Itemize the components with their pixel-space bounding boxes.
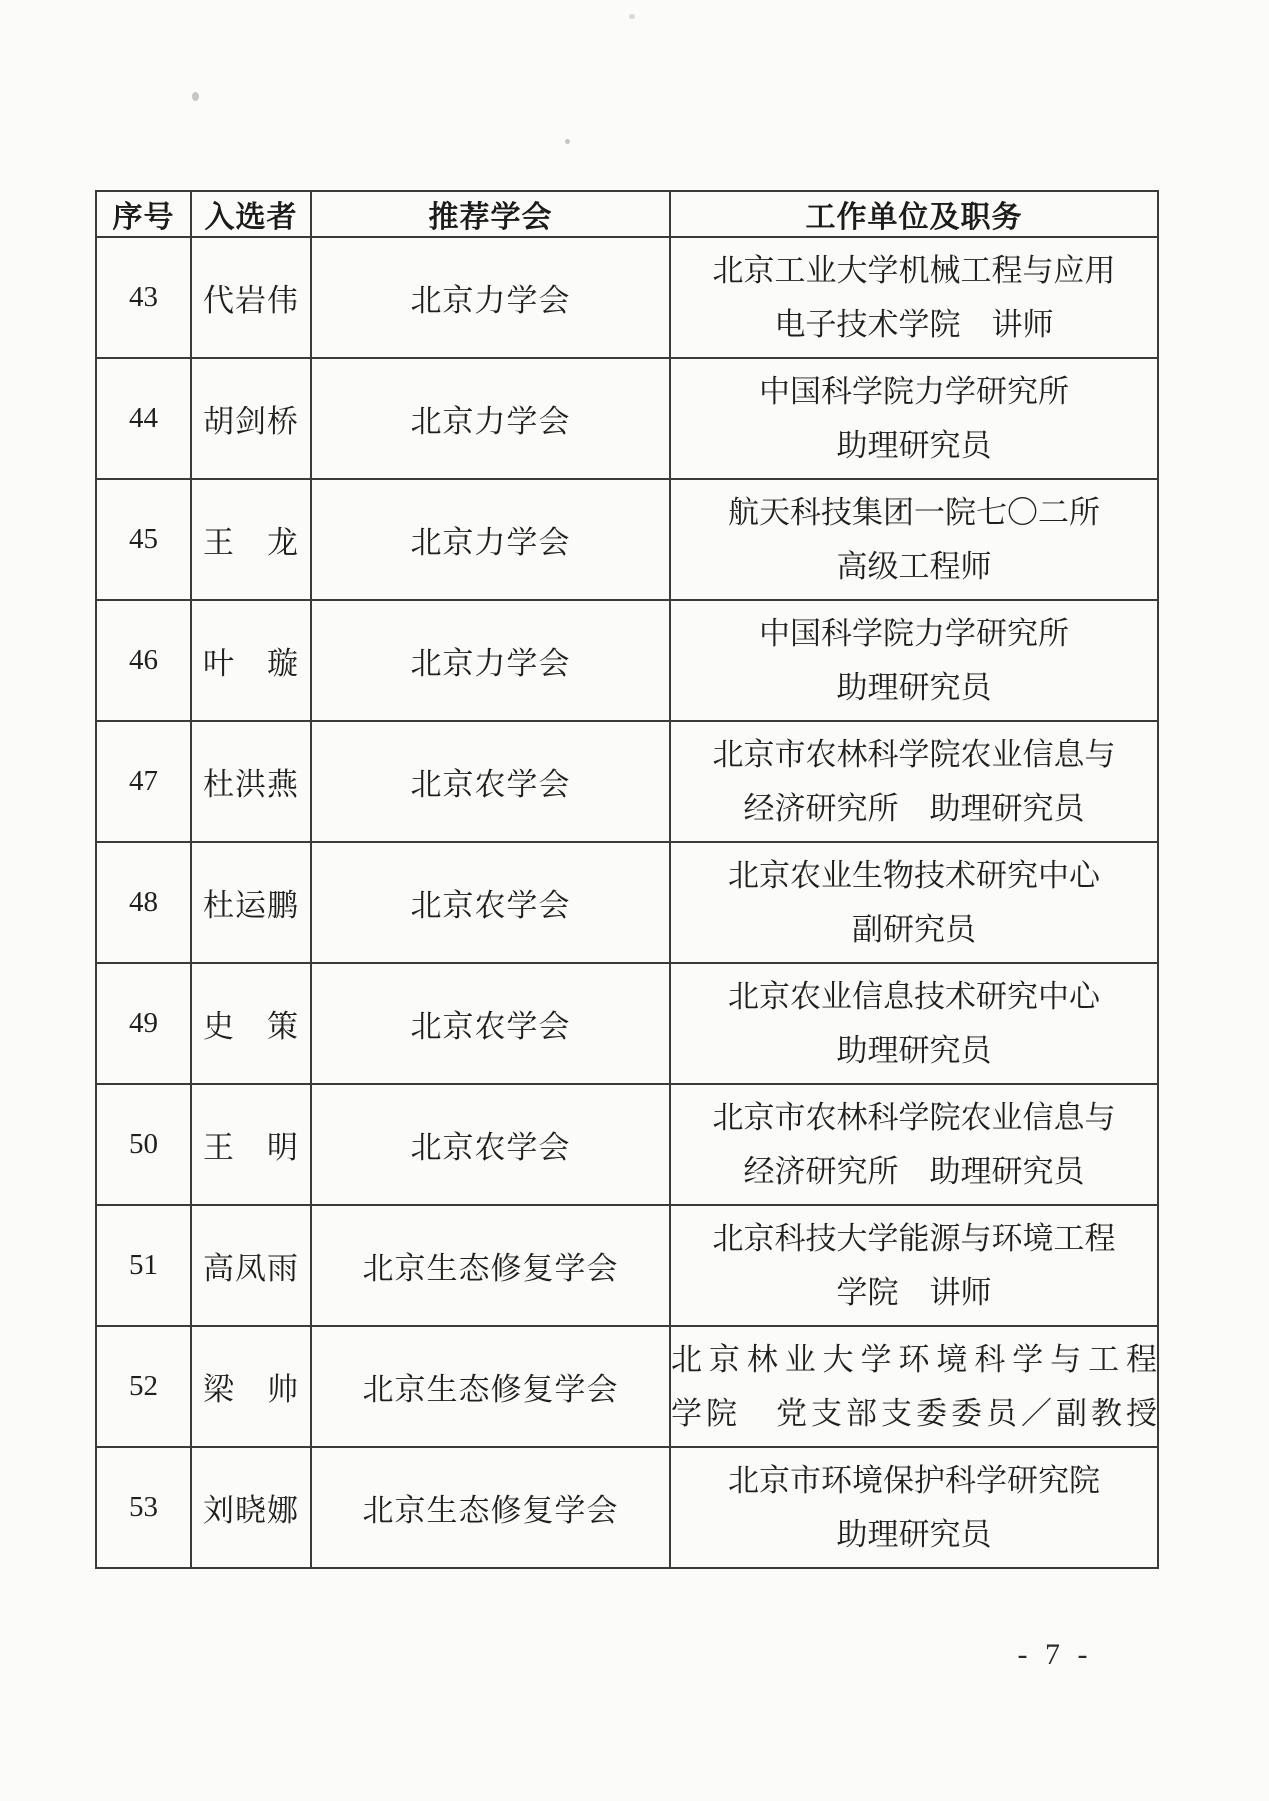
table-row: 43 代岩伟 北京力学会 北京工业大学机械工程与应用 电子技术学院 讲师: [96, 237, 1158, 358]
cell-no: 43: [96, 237, 191, 358]
cell-unit: 北京林业大学环境科学与工程 学院 党支部支委委员／副教授: [670, 1326, 1158, 1447]
table-row: 53 刘晓娜 北京生态修复学会 北京市环境保护科学研究院 助理研究员: [96, 1447, 1158, 1568]
unit-line2: 助理研究员: [671, 1508, 1157, 1562]
unit-line1: 北京市农林科学院农业信息与: [671, 1091, 1157, 1145]
unit-line2: 高级工程师: [671, 540, 1157, 594]
unit-line1: 中国科学院力学研究所: [671, 607, 1157, 661]
cell-no: 44: [96, 358, 191, 479]
cell-unit: 北京市农林科学院农业信息与 经济研究所 助理研究员: [670, 1084, 1158, 1205]
unit-line2: 电子技术学院 讲师: [671, 298, 1157, 352]
cell-unit: 北京市环境保护科学研究院 助理研究员: [670, 1447, 1158, 1568]
unit-line1: 北京市农林科学院农业信息与: [671, 728, 1157, 782]
table-row: 52 梁 帅 北京生态修复学会 北京林业大学环境科学与工程 学院 党支部支委委员…: [96, 1326, 1158, 1447]
selection-table: 序号 入选者 推荐学会 工作单位及职务 43 代岩伟 北京力学会 北京工业大学机…: [95, 190, 1159, 1569]
table-row: 44 胡剑桥 北京力学会 中国科学院力学研究所 助理研究员: [96, 358, 1158, 479]
col-header-name: 入选者: [191, 191, 311, 237]
cell-unit: 北京农业信息技术研究中心 助理研究员: [670, 963, 1158, 1084]
table-row: 48 杜运鹏 北京农学会 北京农业生物技术研究中心 副研究员: [96, 842, 1158, 963]
table-row: 50 王 明 北京农学会 北京市农林科学院农业信息与 经济研究所 助理研究员: [96, 1084, 1158, 1205]
unit-line1: 航天科技集团一院七〇二所: [671, 486, 1157, 540]
cell-society: 北京农学会: [311, 721, 670, 842]
scan-speckle: [629, 14, 635, 19]
cell-society: 北京农学会: [311, 1084, 670, 1205]
table-row: 46 叶 璇 北京力学会 中国科学院力学研究所 助理研究员: [96, 600, 1158, 721]
table-row: 51 高凤雨 北京生态修复学会 北京科技大学能源与环境工程 学院 讲师: [96, 1205, 1158, 1326]
cell-name: 高凤雨: [191, 1205, 311, 1326]
cell-unit: 航天科技集团一院七〇二所 高级工程师: [670, 479, 1158, 600]
cell-society: 北京力学会: [311, 479, 670, 600]
col-header-unit: 工作单位及职务: [670, 191, 1158, 237]
cell-no: 48: [96, 842, 191, 963]
cell-no: 51: [96, 1205, 191, 1326]
unit-line1: 北京工业大学机械工程与应用: [671, 244, 1157, 298]
col-header-no: 序号: [96, 191, 191, 237]
cell-unit: 中国科学院力学研究所 助理研究员: [670, 600, 1158, 721]
cell-society: 北京力学会: [311, 237, 670, 358]
document-page: 序号 入选者 推荐学会 工作单位及职务 43 代岩伟 北京力学会 北京工业大学机…: [0, 0, 1269, 1801]
cell-name: 胡剑桥: [191, 358, 311, 479]
table-row: 45 王 龙 北京力学会 航天科技集团一院七〇二所 高级工程师: [96, 479, 1158, 600]
table-row: 49 史 策 北京农学会 北京农业信息技术研究中心 助理研究员: [96, 963, 1158, 1084]
page-number: - 7 -: [1000, 1638, 1110, 1672]
cell-name: 叶 璇: [191, 600, 311, 721]
cell-society: 北京农学会: [311, 963, 670, 1084]
cell-name: 王 明: [191, 1084, 311, 1205]
cell-society: 北京生态修复学会: [311, 1326, 670, 1447]
cell-no: 45: [96, 479, 191, 600]
unit-line2: 助理研究员: [671, 419, 1157, 473]
cell-society: 北京生态修复学会: [311, 1205, 670, 1326]
cell-name: 杜洪燕: [191, 721, 311, 842]
cell-no: 47: [96, 721, 191, 842]
col-header-society: 推荐学会: [311, 191, 670, 237]
cell-unit: 北京市农林科学院农业信息与 经济研究所 助理研究员: [670, 721, 1158, 842]
cell-society: 北京力学会: [311, 600, 670, 721]
cell-society: 北京力学会: [311, 358, 670, 479]
cell-name: 史 策: [191, 963, 311, 1084]
cell-no: 50: [96, 1084, 191, 1205]
unit-line1: 北京农业生物技术研究中心: [671, 849, 1157, 903]
cell-unit: 北京农业生物技术研究中心 副研究员: [670, 842, 1158, 963]
unit-line1: 北京林业大学环境科学与工程: [671, 1333, 1157, 1387]
unit-line2: 助理研究员: [671, 661, 1157, 715]
table-header-row: 序号 入选者 推荐学会 工作单位及职务: [96, 191, 1158, 237]
table-row: 47 杜洪燕 北京农学会 北京市农林科学院农业信息与 经济研究所 助理研究员: [96, 721, 1158, 842]
unit-line1: 北京农业信息技术研究中心: [671, 970, 1157, 1024]
unit-line2: 经济研究所 助理研究员: [671, 1145, 1157, 1199]
cell-name: 代岩伟: [191, 237, 311, 358]
unit-line1: 北京市环境保护科学研究院: [671, 1454, 1157, 1508]
unit-line2: 学院 党支部支委委员／副教授: [671, 1387, 1157, 1441]
cell-no: 46: [96, 600, 191, 721]
cell-name: 梁 帅: [191, 1326, 311, 1447]
unit-line1: 北京科技大学能源与环境工程: [671, 1212, 1157, 1266]
cell-no: 49: [96, 963, 191, 1084]
scan-speckle: [192, 92, 199, 101]
unit-line2: 经济研究所 助理研究员: [671, 782, 1157, 836]
unit-line1: 中国科学院力学研究所: [671, 365, 1157, 419]
scan-speckle: [565, 139, 570, 144]
cell-no: 53: [96, 1447, 191, 1568]
unit-line2: 助理研究员: [671, 1024, 1157, 1078]
cell-name: 王 龙: [191, 479, 311, 600]
cell-name: 杜运鹏: [191, 842, 311, 963]
cell-no: 52: [96, 1326, 191, 1447]
cell-name: 刘晓娜: [191, 1447, 311, 1568]
unit-line2: 副研究员: [671, 903, 1157, 957]
cell-unit: 北京科技大学能源与环境工程 学院 讲师: [670, 1205, 1158, 1326]
unit-line2: 学院 讲师: [671, 1266, 1157, 1320]
cell-society: 北京农学会: [311, 842, 670, 963]
cell-society: 北京生态修复学会: [311, 1447, 670, 1568]
cell-unit: 北京工业大学机械工程与应用 电子技术学院 讲师: [670, 237, 1158, 358]
cell-unit: 中国科学院力学研究所 助理研究员: [670, 358, 1158, 479]
